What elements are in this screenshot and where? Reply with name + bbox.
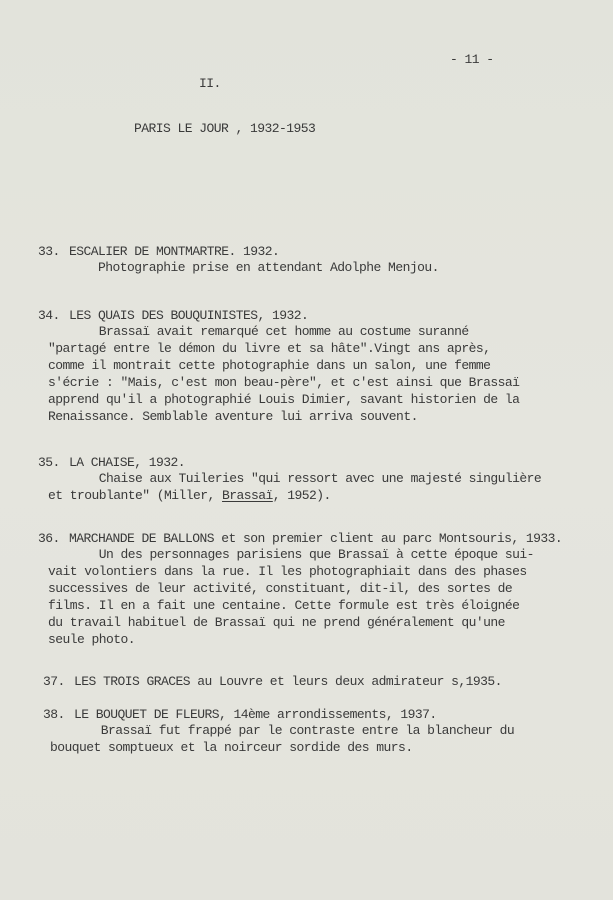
entry-36-description-line: seule photo. [48, 632, 135, 648]
entry-number: 38. [43, 707, 74, 723]
entry-title: LA CHAISE, 1932. [69, 455, 185, 470]
entry-36-description-line: du travail habituel de Brassaï qui ne pr… [48, 615, 505, 631]
entry-35-description-line: Chaise aux Tuileries "qui ressort avec u… [48, 471, 541, 487]
entry-title: LES TROIS GRACES au Louvre et leurs deux… [74, 674, 502, 689]
entry-34-description-line: Brassaï avait remarqué cet homme au cost… [48, 324, 469, 340]
entry-33-description: Photographie prise en attendant Adolphe … [40, 260, 439, 276]
entry-title: LE BOUQUET DE FLEURS, 14ème arrondisseme… [74, 707, 437, 722]
entry-38-description-line: Brassaï fut frappé par le contraste entr… [50, 723, 514, 739]
entry-34-description-line: Renaissance. Semblable aventure lui arri… [48, 409, 418, 425]
entry-number: 37. [43, 674, 74, 690]
entry-number: 35. [38, 455, 69, 471]
entry-title: MARCHANDE DE BALLONS et son premier clie… [69, 531, 562, 546]
underlined-book-title: Brassaï [222, 488, 273, 503]
entry-36-description-line: successives de leur activité, constituan… [48, 581, 512, 597]
section-numeral: II. [199, 76, 221, 92]
entry-34-description-line: "partagé entre le démon du livre et sa h… [48, 341, 490, 357]
entry-title: LES QUAIS DES BOUQUINISTES, 1932. [69, 308, 308, 323]
entry-34-description-line: comme il montrait cette photographie dan… [48, 358, 490, 374]
entry-number: 33. [38, 244, 69, 260]
entry-35-description-line: et troublante" (Miller, Brassaï, 1952). [48, 488, 331, 504]
entry-34-description-line: s'écrie : "Mais, c'est mon beau-père", e… [48, 375, 519, 391]
typewritten-page: - 11 - II. PARIS LE JOUR , 1932-1953 33.… [0, 0, 613, 900]
entry-36-description-line: Un des personnages parisiens que Brassaï… [48, 547, 534, 563]
entry-34-description-line: apprend qu'il a photographié Louis Dimie… [48, 392, 519, 408]
citation-text: , 1952). [273, 488, 331, 503]
entry-36-description-line: films. Il en a fait une centaine. Cette … [48, 598, 519, 614]
entry-number: 34. [38, 308, 69, 324]
page-number: - 11 - [450, 52, 494, 68]
entry-title: ESCALIER DE MONTMARTRE. 1932. [69, 244, 279, 259]
entry-38-description-line: bouquet somptueux et la noirceur sordide… [50, 740, 413, 756]
citation-text: et troublante" (Miller, [48, 488, 222, 503]
entry-number: 36. [38, 531, 69, 547]
entry-36-description-line: vait volontiers dans la rue. Il les phot… [48, 564, 527, 580]
section-title: PARIS LE JOUR , 1932-1953 [134, 121, 315, 137]
